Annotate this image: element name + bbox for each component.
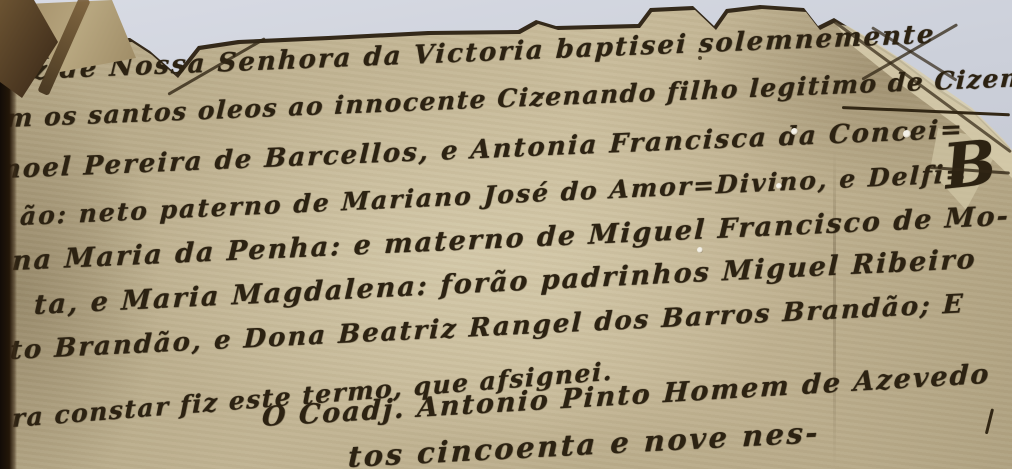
manuscript-photo: tiz de Nossa Senhora da Victoria baptise…	[0, 0, 1012, 469]
ink-speck	[640, 390, 643, 393]
ink-speck	[540, 96, 543, 99]
wormhole	[776, 183, 782, 189]
wormhole	[791, 128, 798, 135]
wormhole	[697, 247, 703, 253]
ink-speck	[698, 56, 702, 60]
margin-note-letter: B	[940, 125, 1000, 203]
wormhole	[903, 130, 911, 138]
